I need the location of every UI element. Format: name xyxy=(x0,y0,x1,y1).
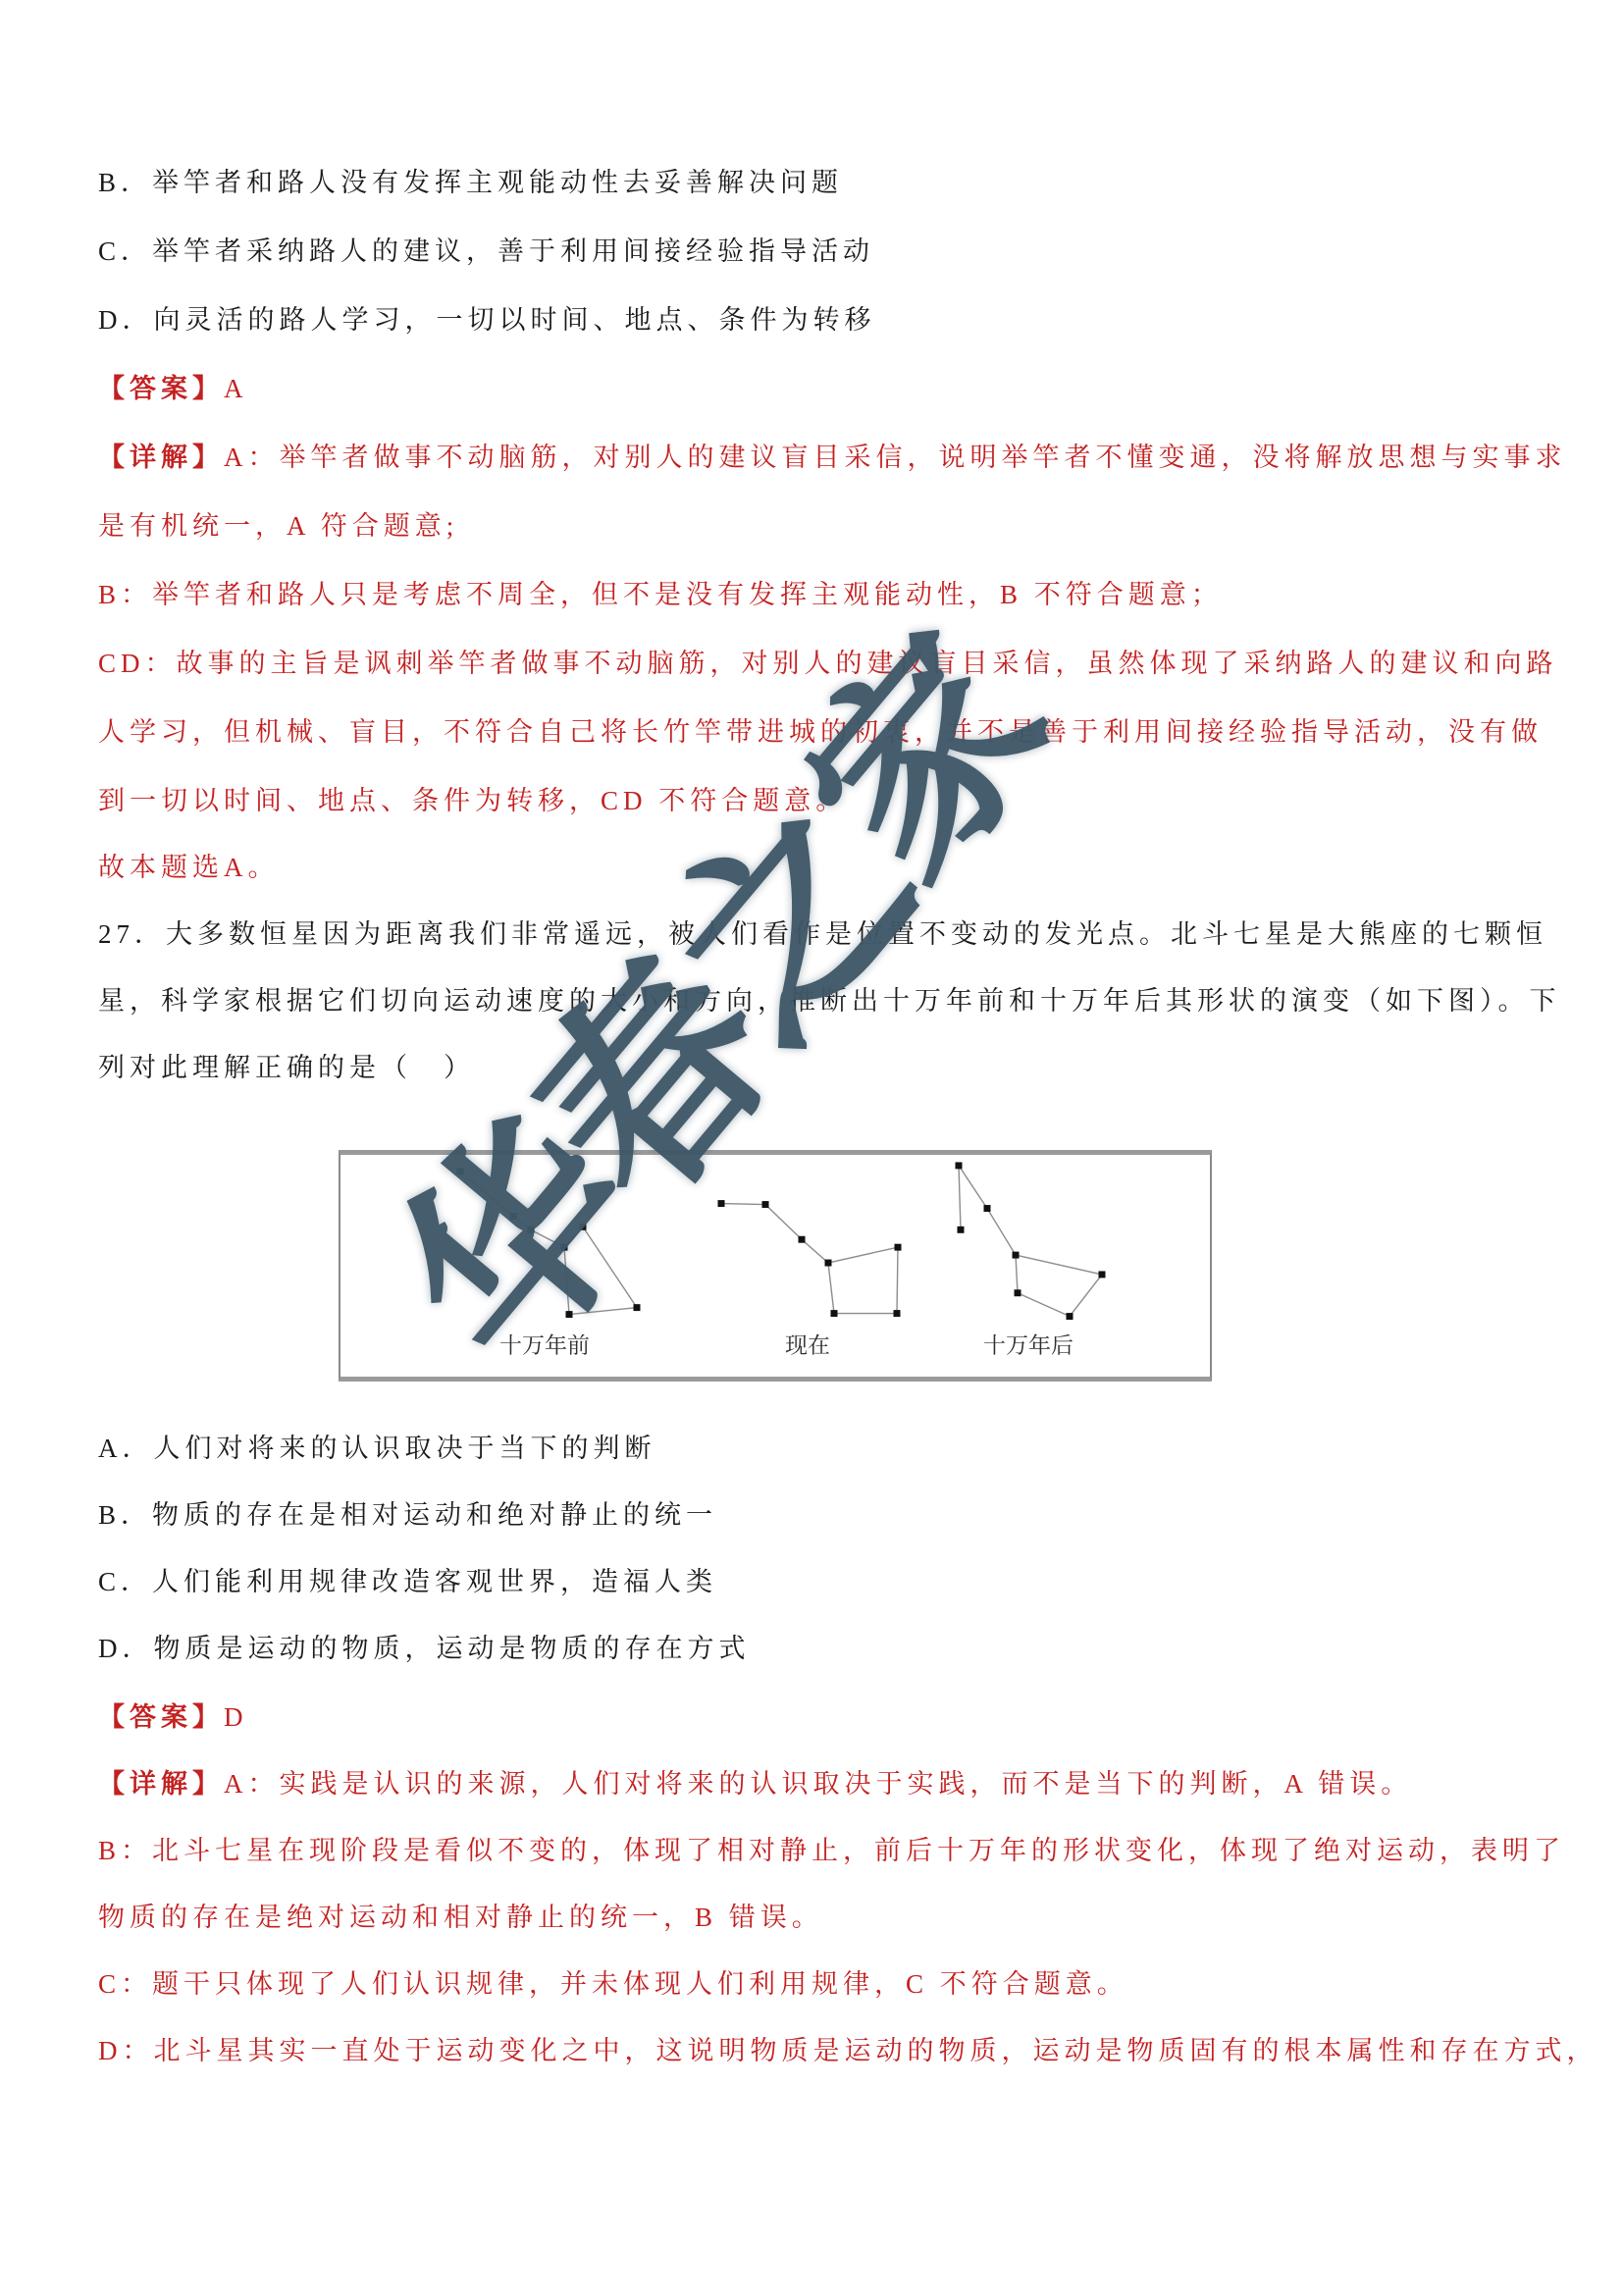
star-dot xyxy=(528,1226,535,1233)
text-line: B：举竿者和路人只是考虑不周全，但不是没有发挥主观能动性，B 不符合题意； xyxy=(98,577,1541,612)
star-dot xyxy=(1015,1289,1021,1296)
line-text: D．向灵活的路人学习，一切以时间、地点、条件为转移 xyxy=(98,305,876,335)
labeled-text-line: 【详解】A：实践是认识的来源，人们对将来的认识取决于实践，而不是当下的判断，A … xyxy=(98,1766,1541,1801)
text-line: 人学习，但机械、盲目，不符合自己将长竹竿带进城的初衷，并不是善于利用间接经验指导… xyxy=(98,714,1541,750)
bracket-label: 【详解】 xyxy=(98,1769,224,1799)
constellation-edge xyxy=(1070,1275,1102,1317)
bracket-label: 【详解】 xyxy=(98,443,224,472)
text-line: 是有机统一，A 符合题意; xyxy=(98,508,1541,544)
text-line: C．人们能利用规律改造客观世界，造福人类 xyxy=(98,1564,1541,1599)
star-dot xyxy=(825,1260,832,1267)
constellation-figure: 十万年前现在十万年后 xyxy=(339,1150,1212,1382)
constellation-edge xyxy=(959,1166,987,1209)
constellation-edge xyxy=(828,1247,898,1263)
bracket-label: 【答案】 xyxy=(98,1702,224,1732)
text-line: B．举竿者和路人没有发挥主观能动性去妥善解决问题 xyxy=(98,165,1541,200)
line-text: D：北斗星其实一直处于运动变化之中，这说明物质是运动的物质，运动是物质固有的根本… xyxy=(98,2036,1598,2065)
text-line: 27．大多数恒星因为距离我们非常遥远，被人们看作是位置不变动的发光点。北斗七星是… xyxy=(98,916,1541,952)
text-line: CD：故事的主旨是讽刺举竿者做事不动脑筋，对别人的建议盲目采信，虽然体现了采纳路… xyxy=(98,646,1541,681)
star-dot xyxy=(580,1224,587,1230)
star-dot xyxy=(718,1200,725,1207)
line-text: CD：故事的主旨是讽刺举竿者做事不动脑筋，对别人的建议盲目采信，虽然体现了采纳路… xyxy=(98,649,1558,678)
text-line: B：北斗七星在现阶段是看似不变的，体现了相对静止，前后十万年的形状变化，体现了绝… xyxy=(98,1833,1541,1868)
line-text: A．人们对将来的认识取决于当下的判断 xyxy=(98,1434,656,1463)
constellation-edge xyxy=(765,1205,802,1240)
constellation-edge xyxy=(897,1247,898,1313)
line-text: C．举竿者采纳路人的建议，善于利用间接经验指导活动 xyxy=(98,236,874,266)
constellation-edge xyxy=(1016,1255,1102,1275)
star-dot xyxy=(1099,1271,1106,1278)
line-text: B．举竿者和路人没有发挥主观能动性去妥善解决问题 xyxy=(98,168,843,197)
text-line: D．向灵活的路人学习，一切以时间、地点、条件为转移 xyxy=(98,302,1541,338)
text-line: D．物质是运动的物质，运动是物质的存在方式 xyxy=(98,1631,1541,1666)
text-line: C．举竿者采纳路人的建议，善于利用间接经验指导活动 xyxy=(98,234,1541,269)
line-text: 27．大多数恒星因为距离我们非常遥远，被人们看作是位置不变动的发光点。北斗七星是… xyxy=(98,919,1547,949)
line-text: 列对此理解正确的是（ ） xyxy=(98,1053,475,1082)
constellation-diagram: 十万年前现在十万年后 xyxy=(340,1155,1210,1377)
star-dot xyxy=(566,1311,573,1318)
constellation-edge xyxy=(564,1247,569,1314)
line-text: C：题干只体现了人们认识规律，并未体现人们利用规律，C 不符合题意。 xyxy=(98,1969,1128,1999)
star-dot xyxy=(762,1201,769,1208)
constellation-edge xyxy=(1018,1293,1070,1317)
line-text: C．人们能利用规律改造客观世界，造福人类 xyxy=(98,1567,717,1596)
labeled-text-line: 【答案】A xyxy=(98,371,1541,406)
figure-label: 现在 xyxy=(785,1333,830,1358)
star-dot xyxy=(1013,1252,1020,1259)
star-dot xyxy=(895,1244,902,1251)
constellation-edge xyxy=(460,1172,513,1217)
line-text: A：实践是认识的来源，人们对将来的认识取决于实践，而不是当下的判断，A 错误。 xyxy=(224,1769,1412,1799)
text-line: 星，科学家根据它们切向运动速度的大小和方向，推断出十万年前和十万年后其形状的演变… xyxy=(98,983,1541,1018)
star-dot xyxy=(561,1244,568,1251)
figure-label: 十万年后 xyxy=(983,1333,1073,1358)
text-line: 故本题选A。 xyxy=(98,850,1541,885)
text-line: A．人们对将来的认识取决于当下的判断 xyxy=(98,1431,1541,1466)
star-dot xyxy=(634,1304,641,1311)
constellation-edge xyxy=(721,1204,765,1205)
exam-document-page: 十万年前现在十万年后 B．举竿者和路人没有发挥主观能动性去妥善解决问题C．举竿者… xyxy=(0,0,1623,2296)
text-line: 物质的存在是绝对运动和相对静止的统一，B 错误。 xyxy=(98,1900,1541,1935)
line-text: A：举竿者做事不动脑筋，对别人的建议盲目采信，说明举竿者不懂变通，没将解放思想与… xyxy=(224,443,1567,472)
constellation-edge xyxy=(828,1263,834,1314)
text-line: 到一切以时间、地点、条件为转移，CD 不符合题意。 xyxy=(98,783,1541,818)
line-text: B．物质的存在是相对运动和绝对静止的统一 xyxy=(98,1500,717,1530)
text-line: B．物质的存在是相对运动和绝对静止的统一 xyxy=(98,1497,1541,1533)
labeled-text-line: 【详解】A：举竿者做事不动脑筋，对别人的建议盲目采信，说明举竿者不懂变通，没将解… xyxy=(98,440,1541,475)
constellation-edge xyxy=(583,1226,637,1307)
star-dot xyxy=(799,1236,806,1243)
line-text: B：举竿者和路人只是考虑不周全，但不是没有发挥主观能动性，B 不符合题意； xyxy=(98,580,1223,609)
line-text: A xyxy=(224,374,248,403)
line-text: 星，科学家根据它们切向运动速度的大小和方向，推断出十万年前和十万年后其形状的演变… xyxy=(98,986,1561,1016)
constellation-edge xyxy=(802,1239,828,1263)
line-text: B：北斗七星在现阶段是看似不变的，体现了相对静止，前后十万年的形状变化，体现了绝… xyxy=(98,1836,1565,1865)
constellation-edge xyxy=(987,1209,1016,1256)
line-text: 到一切以时间、地点、条件为转移，CD 不符合题意。 xyxy=(98,786,847,815)
star-dot xyxy=(510,1213,517,1220)
line-text: 是有机统一，A 符合题意; xyxy=(98,511,458,541)
text-line: 列对此理解正确的是（ ） xyxy=(98,1050,1541,1085)
line-text: D．物质是运动的物质，运动是物质的存在方式 xyxy=(98,1634,751,1663)
star-dot xyxy=(1067,1313,1073,1320)
text-line: D：北斗星其实一直处于运动变化之中，这说明物质是运动的物质，运动是物质固有的根本… xyxy=(98,2033,1541,2068)
figure-label: 十万年前 xyxy=(499,1333,590,1358)
labeled-text-line: 【答案】D xyxy=(98,1699,1541,1735)
star-dot xyxy=(956,1162,963,1169)
star-dot xyxy=(958,1226,965,1233)
constellation-edge xyxy=(531,1229,564,1247)
line-text: 故本题选A。 xyxy=(98,853,280,882)
star-dot xyxy=(831,1310,838,1317)
star-dot xyxy=(984,1205,991,1212)
star-dot xyxy=(457,1168,464,1174)
line-text: D xyxy=(224,1702,248,1732)
line-text: 物质的存在是绝对运动和相对静止的统一，B 错误。 xyxy=(98,1903,823,1932)
star-dot xyxy=(894,1310,901,1317)
constellation-edge xyxy=(959,1166,961,1229)
constellation-edge xyxy=(569,1308,637,1315)
bracket-label: 【答案】 xyxy=(98,374,224,403)
text-line: C：题干只体现了人们认识规律，并未体现人们利用规律，C 不符合题意。 xyxy=(98,1966,1541,2002)
constellation-edge xyxy=(1016,1255,1018,1293)
line-text: 人学习，但机械、盲目，不符合自己将长竹竿带进城的初衷，并不是善于利用间接经验指导… xyxy=(98,717,1543,747)
